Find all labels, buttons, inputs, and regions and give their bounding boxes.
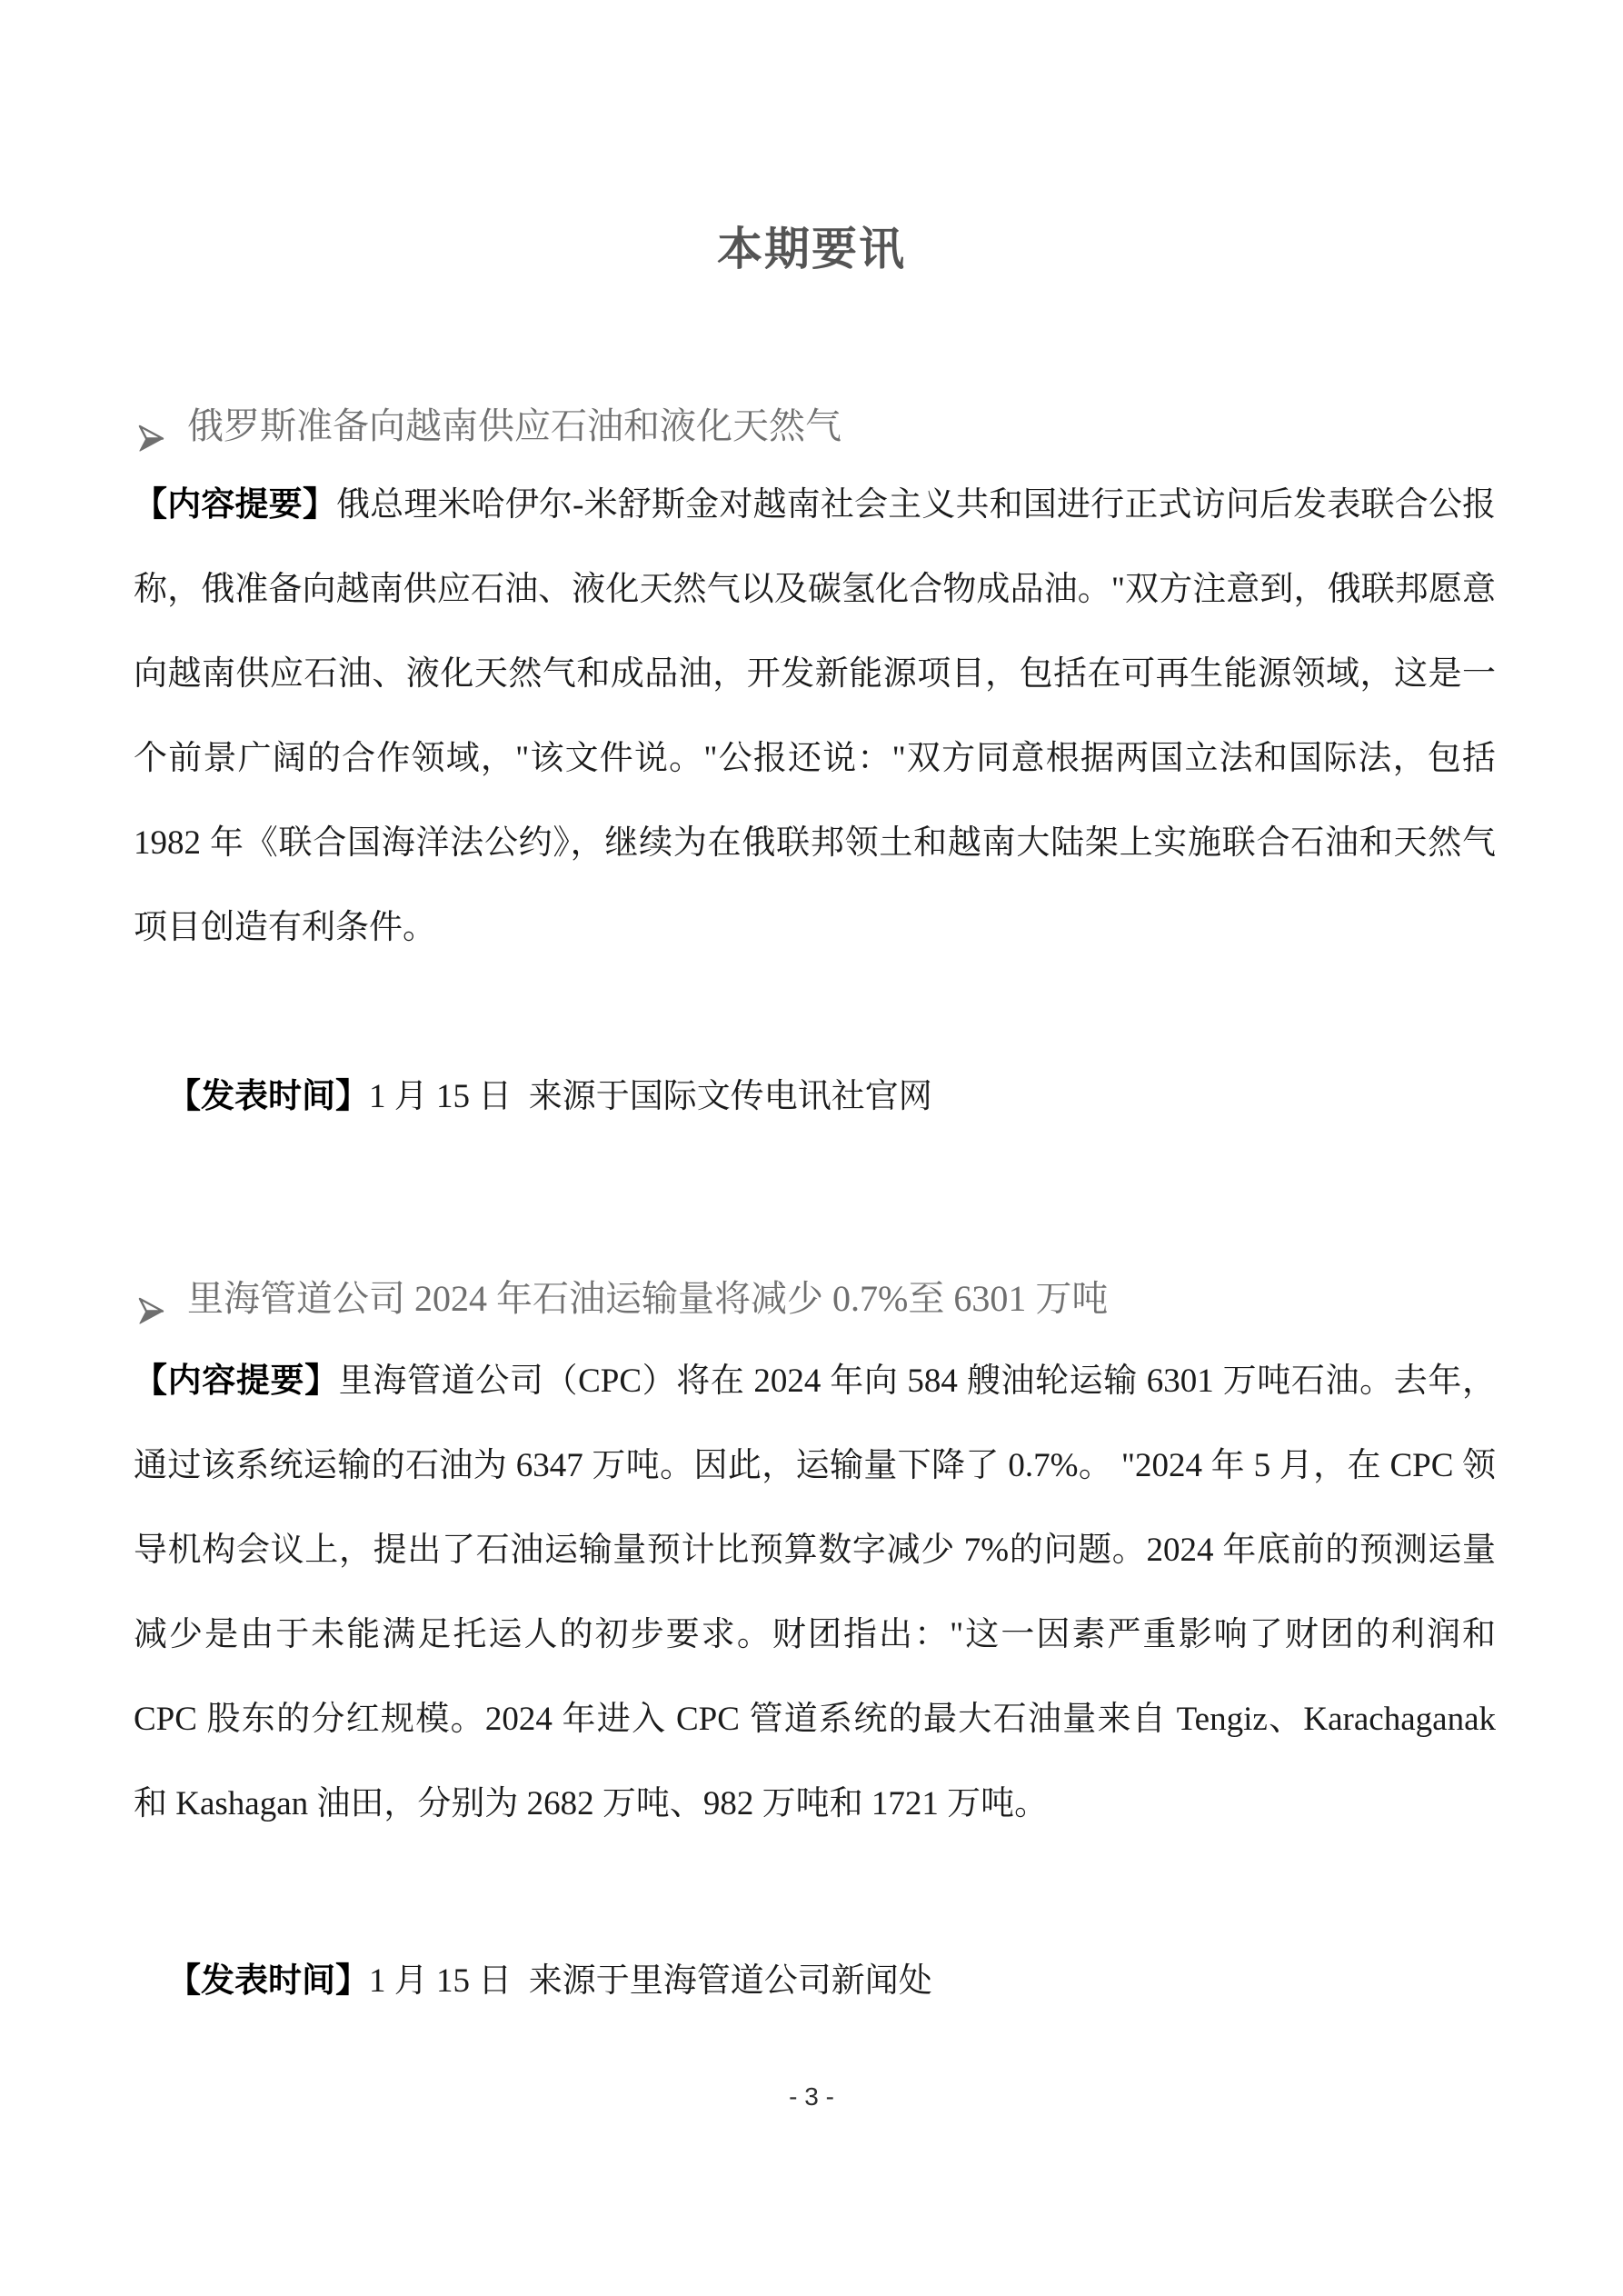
summary-label: 【内容提要】 [134,1363,339,1400]
page-title: 本期要讯 [0,221,1623,277]
section-publish-line: 【发表时间】1 月 15 日 来源于里海管道公司新闻处 [134,1854,1496,2108]
document-page: 本期要讯 俄罗斯准备向越南供应石油和液化天然气 【内容提要】俄总理米哈伊尔-米舒… [0,0,1623,2296]
publish-label: 【发表时间】 [167,1962,369,2000]
summary-label: 【内容提要】 [134,486,336,524]
summary-text: 俄总理米哈伊尔-米舒斯金对越南社会主义共和国进行正式访问后发表联合公报称，俄准备… [134,486,1496,946]
arrowhead-bullet-icon [137,414,165,443]
page-number: - 3 - [0,2081,1623,2112]
publish-text: 1 月 15 日 来源于国际文传电讯社官网 [369,1078,932,1115]
section-heading-row: 里海管道公司 2024 年石油运输量将减少 0.7%至 6301 万吨 [134,1273,1496,1325]
section-heading: 俄罗斯准备向越南供应石油和液化天然气 [187,400,841,453]
section-publish-line: 【发表时间】1 月 15 日 来源于国际文传电讯社官网 [134,970,1496,1223]
section-summary: 【内容提要】俄总理米哈伊尔-米舒斯金对越南社会主义共和国进行正式访问后发表联合公… [134,463,1496,970]
publish-text: 1 月 15 日 来源于里海管道公司新闻处 [369,1962,932,2000]
summary-text: 里海管道公司（CPC）将在 2024 年向 584 艘油轮运输 6301 万吨石… [134,1363,1496,1822]
arrowhead-bullet-icon [137,1287,165,1315]
section-summary: 【内容提要】里海管道公司（CPC）将在 2024 年向 584 艘油轮运输 63… [134,1339,1496,1846]
publish-label: 【发表时间】 [167,1078,369,1115]
section-heading-row: 俄罗斯准备向越南供应石油和液化天然气 [134,400,1496,453]
section-heading: 里海管道公司 2024 年石油运输量将减少 0.7%至 6301 万吨 [187,1273,1108,1325]
